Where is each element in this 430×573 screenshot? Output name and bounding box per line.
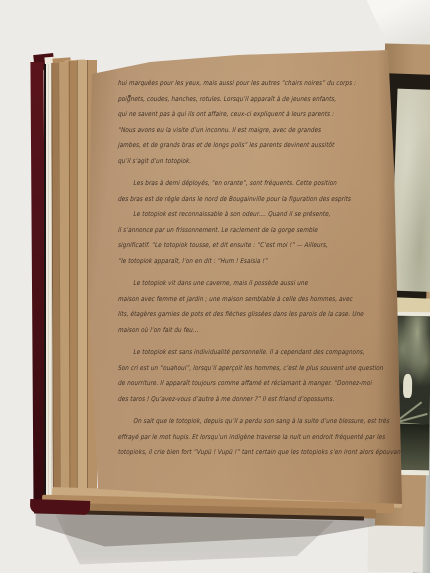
manuscript-line: maison où l’on fait du feu... xyxy=(118,323,361,339)
photo-figure xyxy=(403,374,412,398)
manuscript-line: des bras est de règle dans le nord de Bo… xyxy=(118,192,361,208)
framed-photo-print xyxy=(390,89,430,292)
manuscript-line: qui ne savent pas à qui ils ont affaire,… xyxy=(118,107,361,123)
manuscript-text: hui marquées pour les yeux, mais aussi p… xyxy=(118,76,400,461)
manuscript-line: lits, étagères garnies de pots et des fl… xyxy=(118,307,361,323)
manuscript-line: “Nous avons eu la visite d’un inconnu. I… xyxy=(118,123,361,139)
manuscript-line: des taros ! Qu’avez-vous d’autre à me do… xyxy=(118,392,361,408)
cover-bottom-corner xyxy=(30,499,90,515)
manuscript-line: poignets, coudes, hanches, rotules. Lors… xyxy=(118,92,361,108)
manuscript-line: totopioks, il crie bien fort “Vupü ! Vup… xyxy=(118,445,361,461)
manuscript-line: Le totopiok est sans individualité perso… xyxy=(118,345,361,361)
manuscript-line: de nourriture. Il apparaît toujours comm… xyxy=(118,376,361,392)
manuscript-line: jambes, et de grands bras et de longs po… xyxy=(118,138,361,154)
manuscript-line: hui marquées pour les yeux, mais aussi p… xyxy=(118,76,361,92)
manuscript-line: il s’annonce par un frissonnement. Le ra… xyxy=(118,223,361,239)
manuscript-line: Les bras à demi déployés, “en orante”, s… xyxy=(118,176,361,192)
manuscript-line: Son cri est un “ouahoui”, lorsqu’il aper… xyxy=(118,361,361,377)
manuscript-line: qu’il s’agit d’un totopiok. xyxy=(118,154,361,170)
manuscript-line: significatif. “Le totopiok tousse, et di… xyxy=(118,238,361,254)
manuscript-line: “le totopiok apparaît, l’on en dit : “Hu… xyxy=(118,254,361,270)
manuscript-line: On sait que le totopiok, depuis qu’il a … xyxy=(118,414,361,430)
foliage-highlights xyxy=(396,316,430,409)
manuscript-line: maison avec femme et jardin ; une maison… xyxy=(118,292,361,308)
album-page: hui marquées pour les yeux, mais aussi p… xyxy=(88,46,406,510)
manuscript-line: effrayé par le mot hupis. Et lorsqu’un i… xyxy=(118,430,361,446)
manuscript-line: Le totopiok est reconnaissable à son ode… xyxy=(118,207,361,223)
photo-backdrop: hui marquées pour les yeux, mais aussi p… xyxy=(0,0,430,573)
manuscript-line: Le totopiok vit dans une caverne, mais i… xyxy=(118,276,361,292)
